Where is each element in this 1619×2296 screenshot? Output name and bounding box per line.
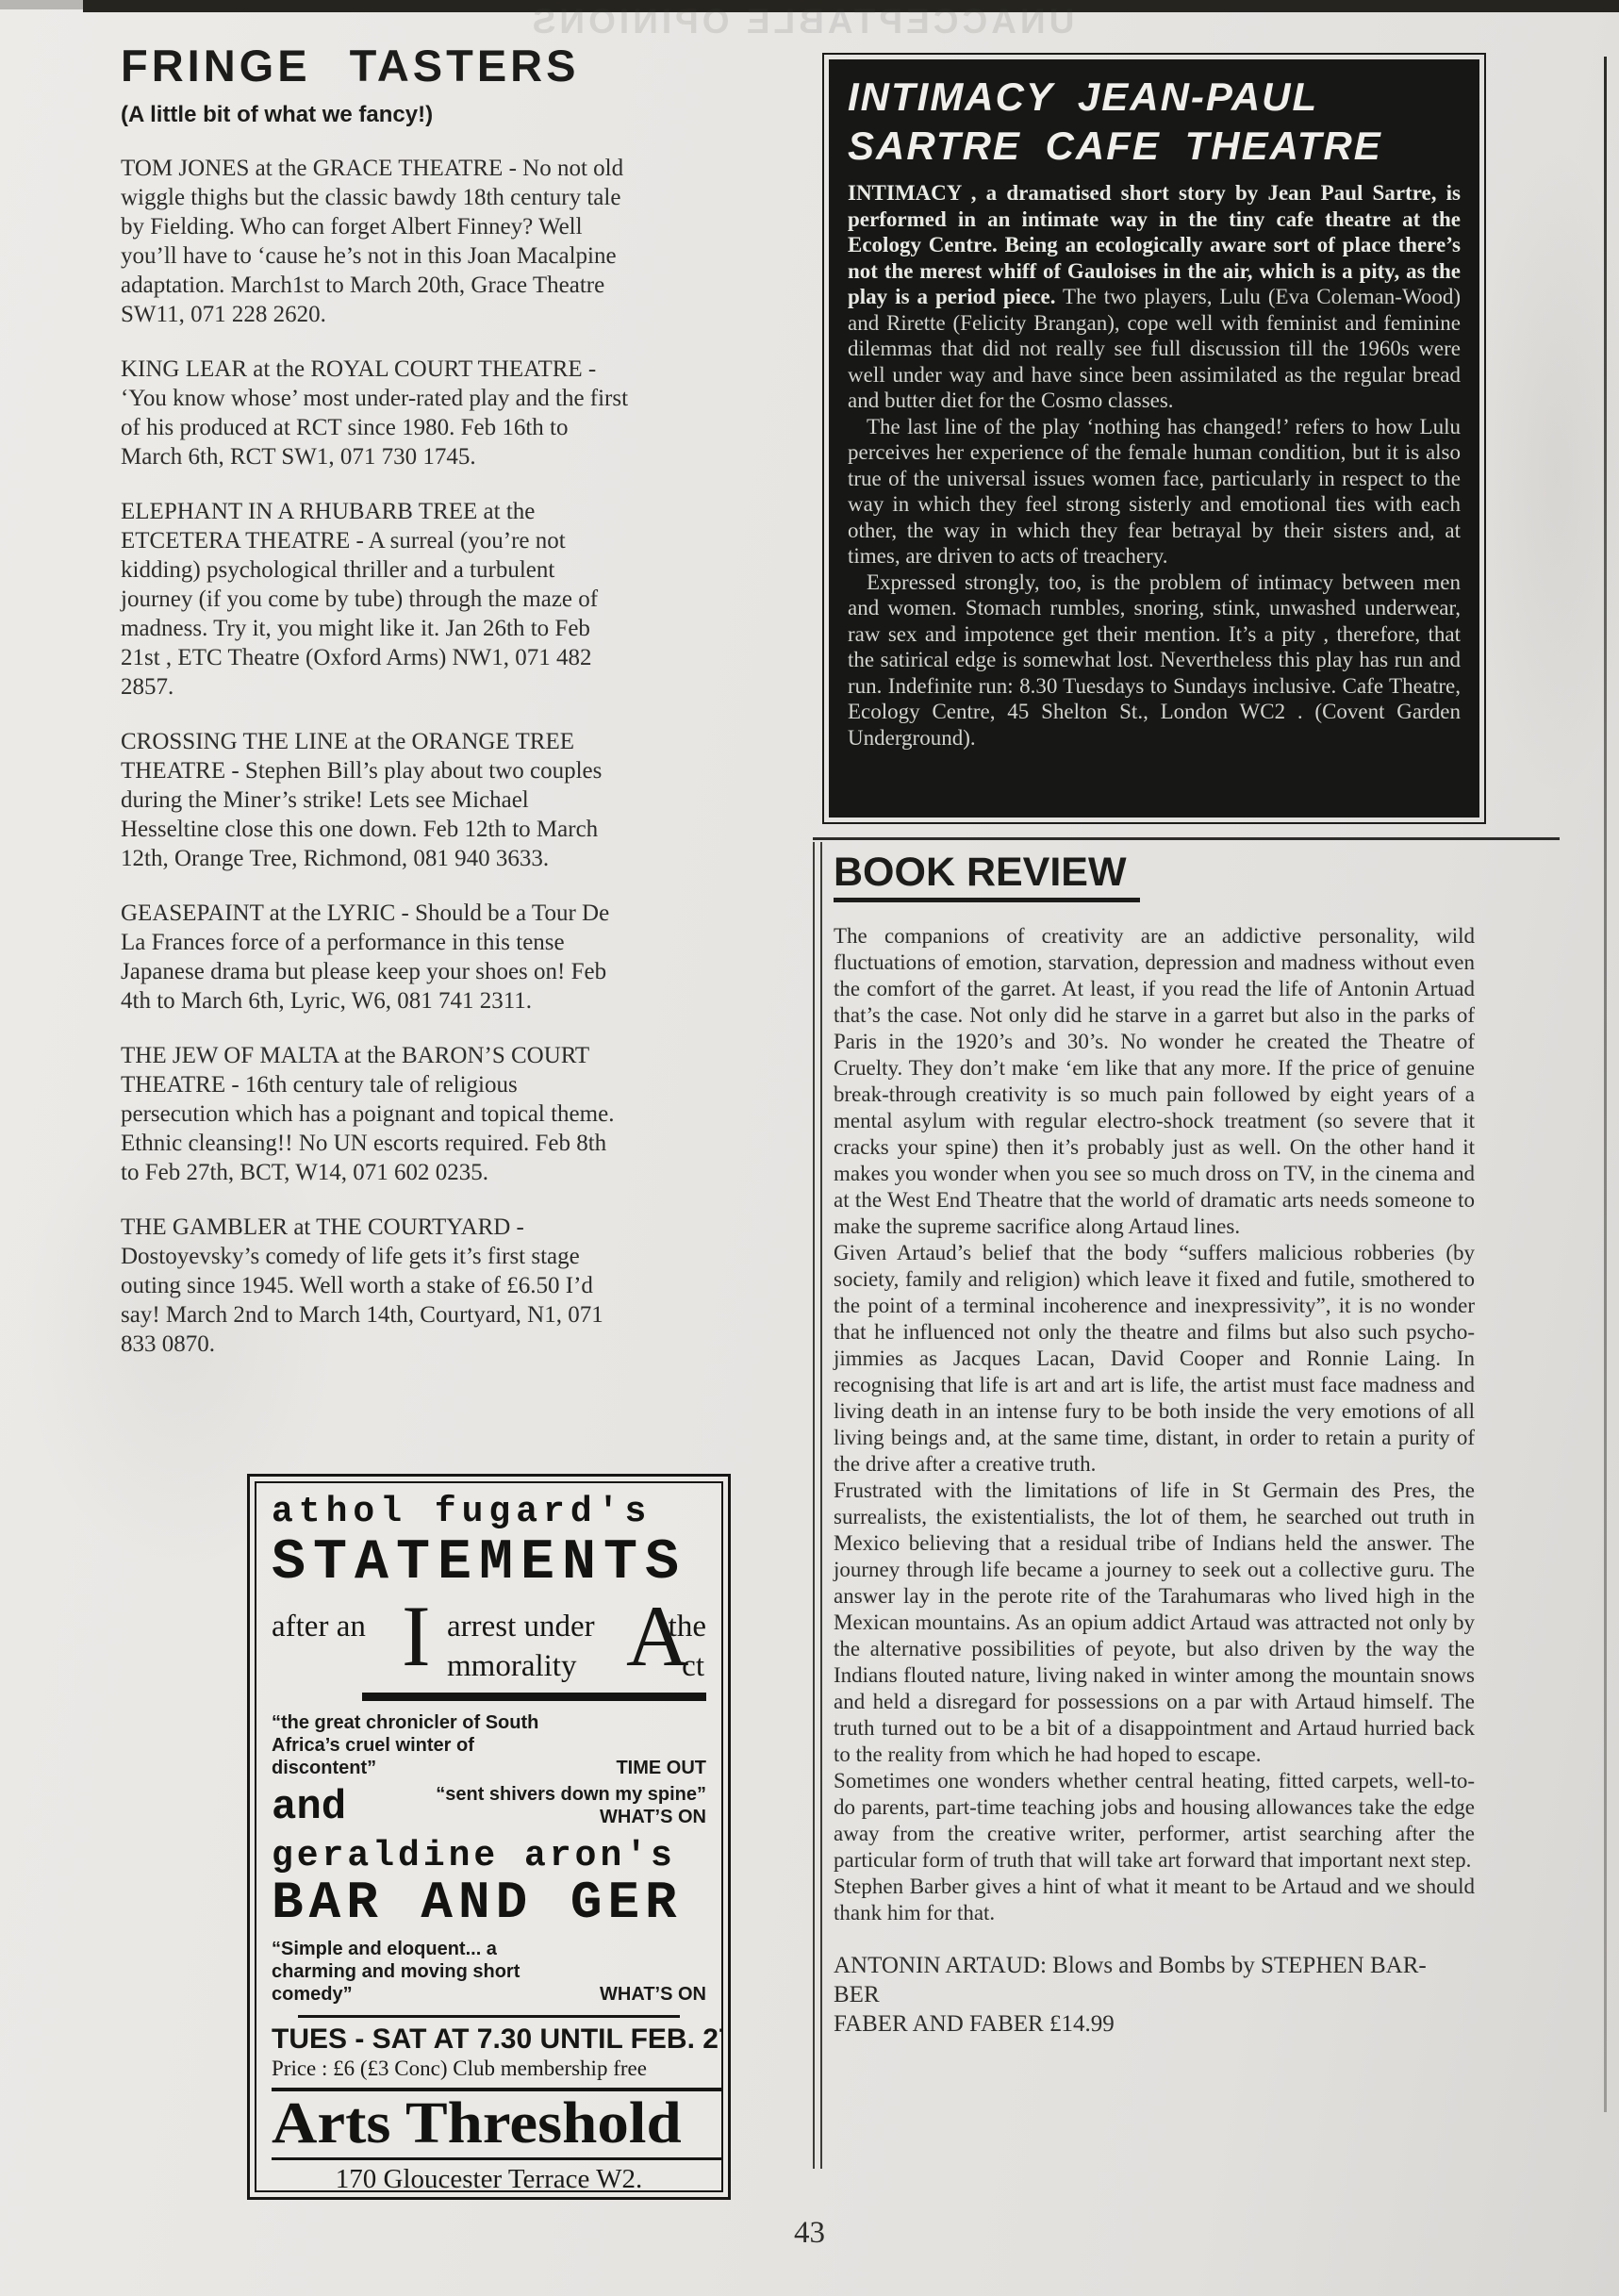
subtitle-ct: ct [682,1649,704,1684]
intimacy-paragraph-2: The last line of the play ‘nothing has c… [848,414,1461,570]
quote-text: “the great chronicler of South Africa’s … [272,1711,558,1779]
intimacy-review-black-panel: INTIMACY JEAN-PAULSARTRE CAFE THEATRE IN… [829,59,1479,818]
scan-edge-right [1604,57,1607,2112]
review-paragraph-2: Given Artaud’s belief that the body “suf… [834,1240,1475,1478]
arts-threshold-advert: athol fugard's STATEMENTS after an I arr… [247,1474,731,2200]
column-divider-line [813,842,815,2169]
press-quote-whats-on-2: “Simple and eloquent... a charming and m… [272,1938,706,2006]
page-number: 43 [0,2216,1619,2251]
listing-crossing-the-line: CROSSING THE LINE at the ORANGE TREE THE… [121,727,630,873]
listing-tom-jones: TOM JONES at the GRACE THEATRE - No not … [121,154,630,329]
advert-author-aron: geraldine aron's [272,1838,706,1875]
quote-text: “Simple and eloquent... a charming and m… [272,1938,558,2006]
intimacy-review-body: INTIMACY , a dramatised short story by J… [848,180,1461,751]
advert-show-bar-and-ger: BAR AND GER [272,1875,706,1930]
title-line-2: SARTRE CAFE THEATRE [848,124,1382,168]
magazine-page-scan: UNACCEPTABLE OPINIONS FRINGE TASTERS (A … [0,0,1619,2296]
advert-author-fugard: athol fugard's [272,1493,706,1532]
bleed-through-ghost-text: UNACCEPTABLE OPINIONS [490,2,1113,41]
fringe-tasters-subtitle: (A little bit of what we fancy!) [121,102,630,128]
fringe-tasters-title: FRINGE TASTERS [121,41,630,91]
listing-elephant-rhubarb-tree: ELEPHANT IN A RHUBARB TREE at the ETCETE… [121,497,630,702]
quote-source: TIME OUT [616,1757,706,1779]
review-paragraph-1: The companions of creativity are an addi… [834,923,1475,1240]
listing-geasepaint: GEASEPAINT at the LYRIC - Should be a To… [121,899,630,1016]
quote-source: WHAT’S ON [436,1806,706,1828]
scan-edge-top-left [0,0,83,9]
book-review-body: The companions of creativity are an addi… [834,923,1475,1926]
quote-text: “sent shivers down my spine” [436,1783,706,1806]
giant-letter-i: I [402,1593,431,1679]
subtitle-the: the [669,1610,706,1644]
advert-showtimes: TUES - SAT AT 7.30 UNTIL FEB. 27 [272,2023,706,2056]
advert-venue-arts-threshold: Arts Threshold [272,2088,723,2160]
advert-and-word: and [272,1787,346,1828]
column-divider-line [820,842,822,2169]
intimacy-review-box: INTIMACY JEAN-PAULSARTRE CAFE THEATRE IN… [822,53,1486,824]
book-review-title: BOOK REVIEW [834,850,1140,902]
quote-source: WHAT’S ON [600,1983,706,2006]
book-title-line-1: ANTONIN ARTAUD: Blows and Bombs by STEPH… [834,1951,1475,1980]
reviewed-book-details: ANTONIN ARTAUD: Blows and Bombs by STEPH… [834,1951,1475,2039]
intimacy-paragraph-1: INTIMACY , a dramatised short story by J… [848,180,1461,414]
advert-address: 170 Gloucester Terrace W2. [272,2164,706,2192]
advert-price: Price : £6 (£3 Conc) Club membership fre… [272,2056,706,2082]
subtitle-mmorality: mmorality [447,1649,576,1684]
title-line-1: INTIMACY JEAN-PAUL [848,74,1318,119]
advert-inner-frame: athol fugard's STATEMENTS after an I arr… [255,1481,723,2192]
listing-the-gambler: THE GAMBLER at THE COURTYARD - Dostoyevs… [121,1213,630,1359]
book-review-section: BOOK REVIEW The companions of creativity… [834,850,1475,2039]
advert-divider-rule [298,2015,680,2018]
book-title-line-2: BER [834,1980,1475,2009]
column-horizontal-rule [813,837,1560,840]
intimacy-review-title: INTIMACY JEAN-PAULSARTRE CAFE THEATRE [848,73,1461,171]
paper-stain [1471,141,1619,801]
subtitle-after-an: after an [272,1610,366,1644]
listing-jew-of-malta: THE JEW OF MALTA at the BARON’S COURT TH… [121,1041,630,1187]
advert-show-statements: STATEMENTS [272,1534,706,1593]
intimacy-paragraph-3: Expressed strongly, too, is the problem … [848,570,1461,752]
advert-immorality-act-subtitle: after an I arrest under A the mmorality … [272,1598,706,1704]
subtitle-arrest-under: arrest under [447,1610,595,1644]
review-paragraph-5: Stephen Barber gives a hint of what it m… [834,1874,1475,1926]
press-quote-whats-on: and “sent shivers down my spine” WHAT’S … [272,1783,706,1828]
review-paragraph-4: Sometimes one wonders whether central he… [834,1768,1475,1874]
subtitle-underline-rule [362,1693,706,1701]
book-publisher-price: FABER AND FABER £14.99 [834,2009,1475,2039]
fringe-tasters-section: FRINGE TASTERS (A little bit of what we … [121,41,630,1359]
listing-king-lear: KING LEAR at the ROYAL COURT THEATRE - ‘… [121,355,630,471]
review-paragraph-3: Frustrated with the limitations of life … [834,1478,1475,1768]
press-quote-time-out: “the great chronicler of South Africa’s … [272,1711,706,1779]
